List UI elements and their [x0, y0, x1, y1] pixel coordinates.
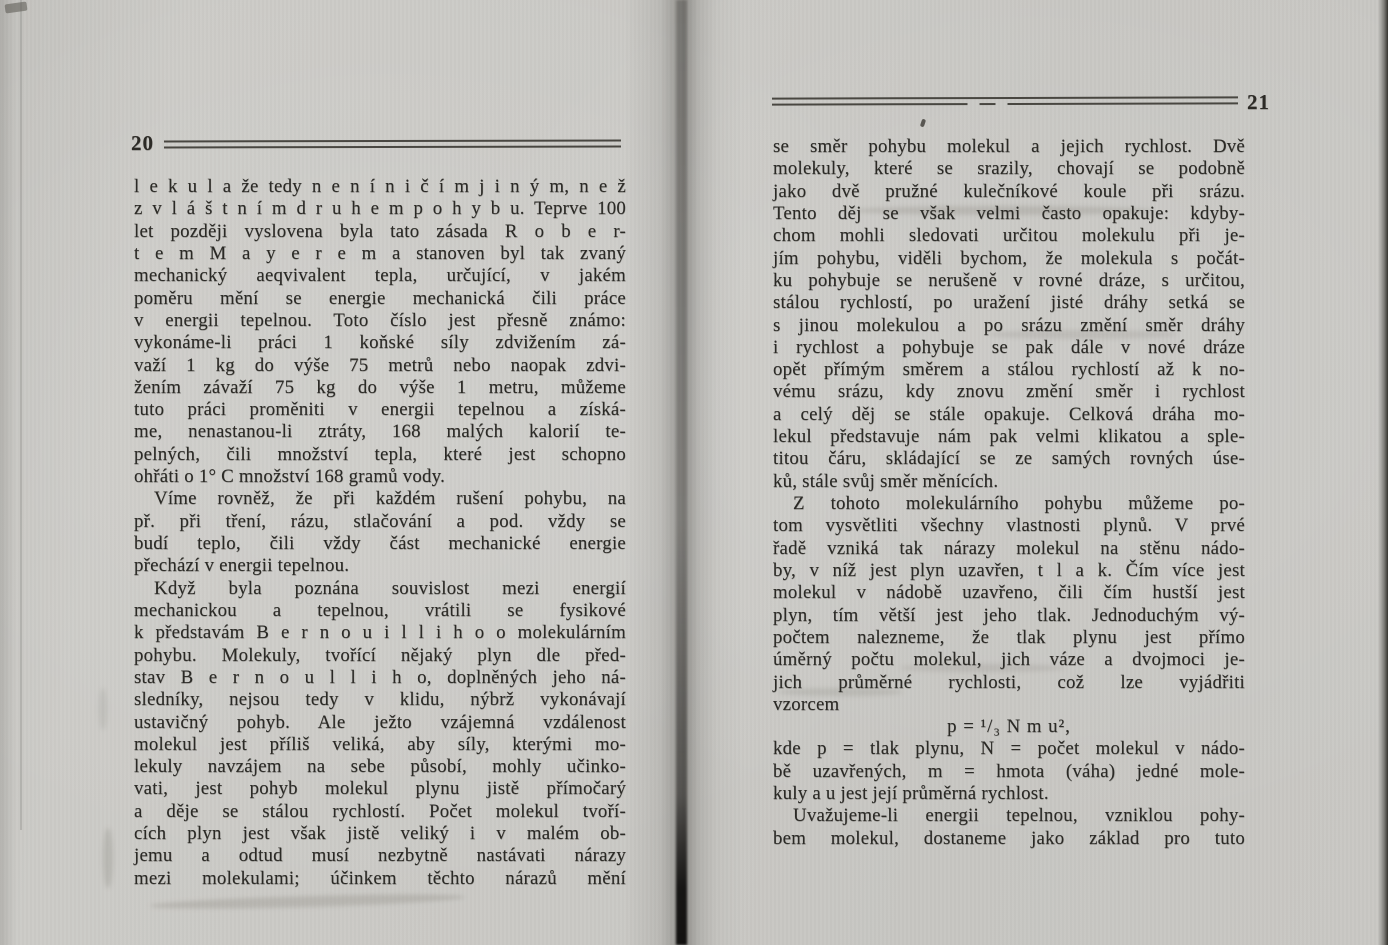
text-line: př. při tření, rázu, stlačování a pod. v…	[134, 511, 626, 533]
text-line: Víme rovněž, že při každém rušení pohybu…	[134, 488, 626, 510]
text-line: let později vyslovena byla tato zásada R…	[134, 221, 626, 243]
text-line: poměru mění se energie mechanická čili p…	[134, 288, 626, 310]
book-scan: 20 l e k u l a že tedy n e n í n i č í m…	[0, 0, 1388, 945]
text-line: ustavičný pohyb. Ale ježto vzájemná vzdá…	[134, 712, 626, 734]
text-line: molekuly, které se srazily, chovají se p…	[773, 158, 1245, 180]
gutter-fold-line	[676, 0, 687, 945]
text-line: chom mohli sledovati určitou molekulu př…	[773, 225, 1245, 247]
text-line: mezi molekulami; účinkem těchto nárazů m…	[134, 868, 626, 890]
text-line: ků, stále svůj směr měnících.	[773, 471, 1245, 493]
text-line: kuly a u jest její průměrná rychlost.	[773, 783, 1245, 805]
text-line: molekul jest příliš veliká, aby síly, kt…	[134, 734, 626, 756]
text-column: se směr pohybu molekul a jejich rychlost…	[773, 136, 1245, 850]
text-line: přechází v energii tepelnou.	[134, 555, 626, 577]
smudge-mark	[99, 688, 107, 730]
text-line: me, nenastanou-li ztráty, 168 malých kal…	[134, 421, 626, 443]
text-line: stálou rychlostí, po uražení jisté dráhy…	[773, 292, 1245, 314]
page-number: 21	[1247, 90, 1270, 115]
text-line: mechanický aeqvivalent tepla, určující, …	[134, 265, 626, 287]
text-line: bě uzavřených, m = hmota (váha) jedné mo…	[773, 761, 1245, 783]
text-line: lekul představuje nám pak velmi klikatou…	[773, 426, 1245, 448]
text-line: Když byla poznána souvislost mezi energi…	[134, 578, 626, 600]
text-line: plyn, tím větší jest jeho tlak. Jednoduc…	[773, 605, 1245, 627]
formula-line: p = ¹/₃ N m u²,	[773, 716, 1245, 738]
text-line: sledníky, nejsou tedy v klidu, nýbrž vyk…	[134, 689, 626, 711]
text-line: jich průměrné rychlosti, což lze vyjádři…	[773, 672, 1245, 694]
text-line: opět přímým směrem a stálou rychlostí až…	[773, 359, 1245, 381]
text-line: i rychlost a pohybuje se pak dále v nové…	[773, 337, 1245, 359]
text-line: lekuly navzájem na sebe působí, mohly uč…	[134, 756, 626, 778]
right-page-edge-shadow	[1378, 0, 1388, 945]
text-line: z v l á š t n í m d r u h e m p o h y b …	[134, 198, 626, 220]
text-line: k představám B e r n o u i l l i h o o m…	[134, 622, 626, 644]
text-line: úměrný počtu molekul, jich váze a dvojmo…	[773, 649, 1245, 671]
text-line: t e m M a y e r e m a stanoven byl tak z…	[134, 243, 626, 265]
crease-line	[20, 0, 22, 830]
text-line: jím pohybu, viděli bychom, že molekula s…	[773, 248, 1245, 270]
text-column: l e k u l a že tedy n e n í n i č í m j …	[134, 176, 626, 890]
text-line: molekul v nádobě uzavřeno, čili čím hust…	[773, 582, 1245, 604]
text-line: v energii tepelnou. Toto číslo jest přes…	[134, 310, 626, 332]
text-line: budí teplo, čili vždy část mechanické en…	[134, 533, 626, 555]
text-line: a celý děj se stále opakuje. Celková drá…	[773, 404, 1245, 426]
text-line: pelných, čili množství tepla, které jest…	[134, 444, 626, 466]
text-line: a děje se stálou rychlostí. Počet moleku…	[134, 801, 626, 823]
header-rule	[164, 140, 621, 149]
text-line: tom vysvětliti všechny vlastnosti plynů.…	[773, 515, 1245, 537]
text-line: vému srázu, kdy znovu změní směr i rychl…	[773, 381, 1245, 403]
text-line: jemu a odtud musí nezbytně nastávati nár…	[134, 845, 626, 867]
text-line: titou čáru, skládající se ze samých rovn…	[773, 448, 1245, 470]
text-line: bem molekul, dostaneme jako základ pro t…	[773, 828, 1245, 850]
text-line: jako dvě pružné kulečníkové koule při sr…	[773, 181, 1245, 203]
text-line: vati, jest pohyb molekul plynu jistě pří…	[134, 778, 626, 800]
text-line: s jinou molekulou a po srázu změní směr …	[773, 315, 1245, 337]
header-rule	[772, 96, 1238, 103]
text-line: vykonáme-li práci 1 koňské síly zdvižení…	[134, 332, 626, 354]
text-line: tuto práci proměniti v energii tepelnou …	[134, 399, 626, 421]
page-number: 20	[131, 131, 154, 156]
smudge-mark	[103, 828, 113, 888]
text-line: Tento děj se však velmi často opakuje: k…	[773, 203, 1245, 225]
text-line: l e k u l a že tedy n e n í n i č í m j …	[134, 176, 626, 198]
text-line: řadě vzniká tak nárazy molekul na stěnu …	[773, 538, 1245, 560]
text-line: žením závaží 75 kg do výše 1 metru, může…	[134, 377, 626, 399]
text-line: važí 1 kg do výše 75 metrů nebo naopak z…	[134, 355, 626, 377]
left-page-edge-shadow	[0, 0, 16, 945]
text-line: mechanickou a tepelnou, vrátili se fysik…	[134, 600, 626, 622]
text-line: stav B e r n o u l l i h o, doplněných j…	[134, 667, 626, 689]
text-line: cích plyn jest však jistě veliký i v mal…	[134, 823, 626, 845]
text-line: se směr pohybu molekul a jejich rychlost…	[773, 136, 1245, 158]
text-line: ku pohybuje se nerušeně v rovné dráze, s…	[773, 270, 1245, 292]
text-line: ohřáti o 1° C množství 168 gramů vody.	[134, 466, 626, 488]
text-line: kde p = tlak plynu, N = počet molekul v …	[773, 738, 1245, 760]
text-line: Uvažujeme-li energii tepelnou, vzniklou …	[773, 805, 1245, 827]
text-line: vzorcem	[773, 694, 1245, 716]
text-line: pohybu. Molekuly, tvořící nějaký plyn dl…	[134, 645, 626, 667]
text-line: by, v níž jest plyn uzavřen, t l a k. Čí…	[773, 560, 1245, 582]
text-line: Z tohoto molekulárního pohybu můžeme po-	[773, 493, 1245, 515]
text-line: počtem nalezneme, že tlak plynu jest pří…	[773, 627, 1245, 649]
